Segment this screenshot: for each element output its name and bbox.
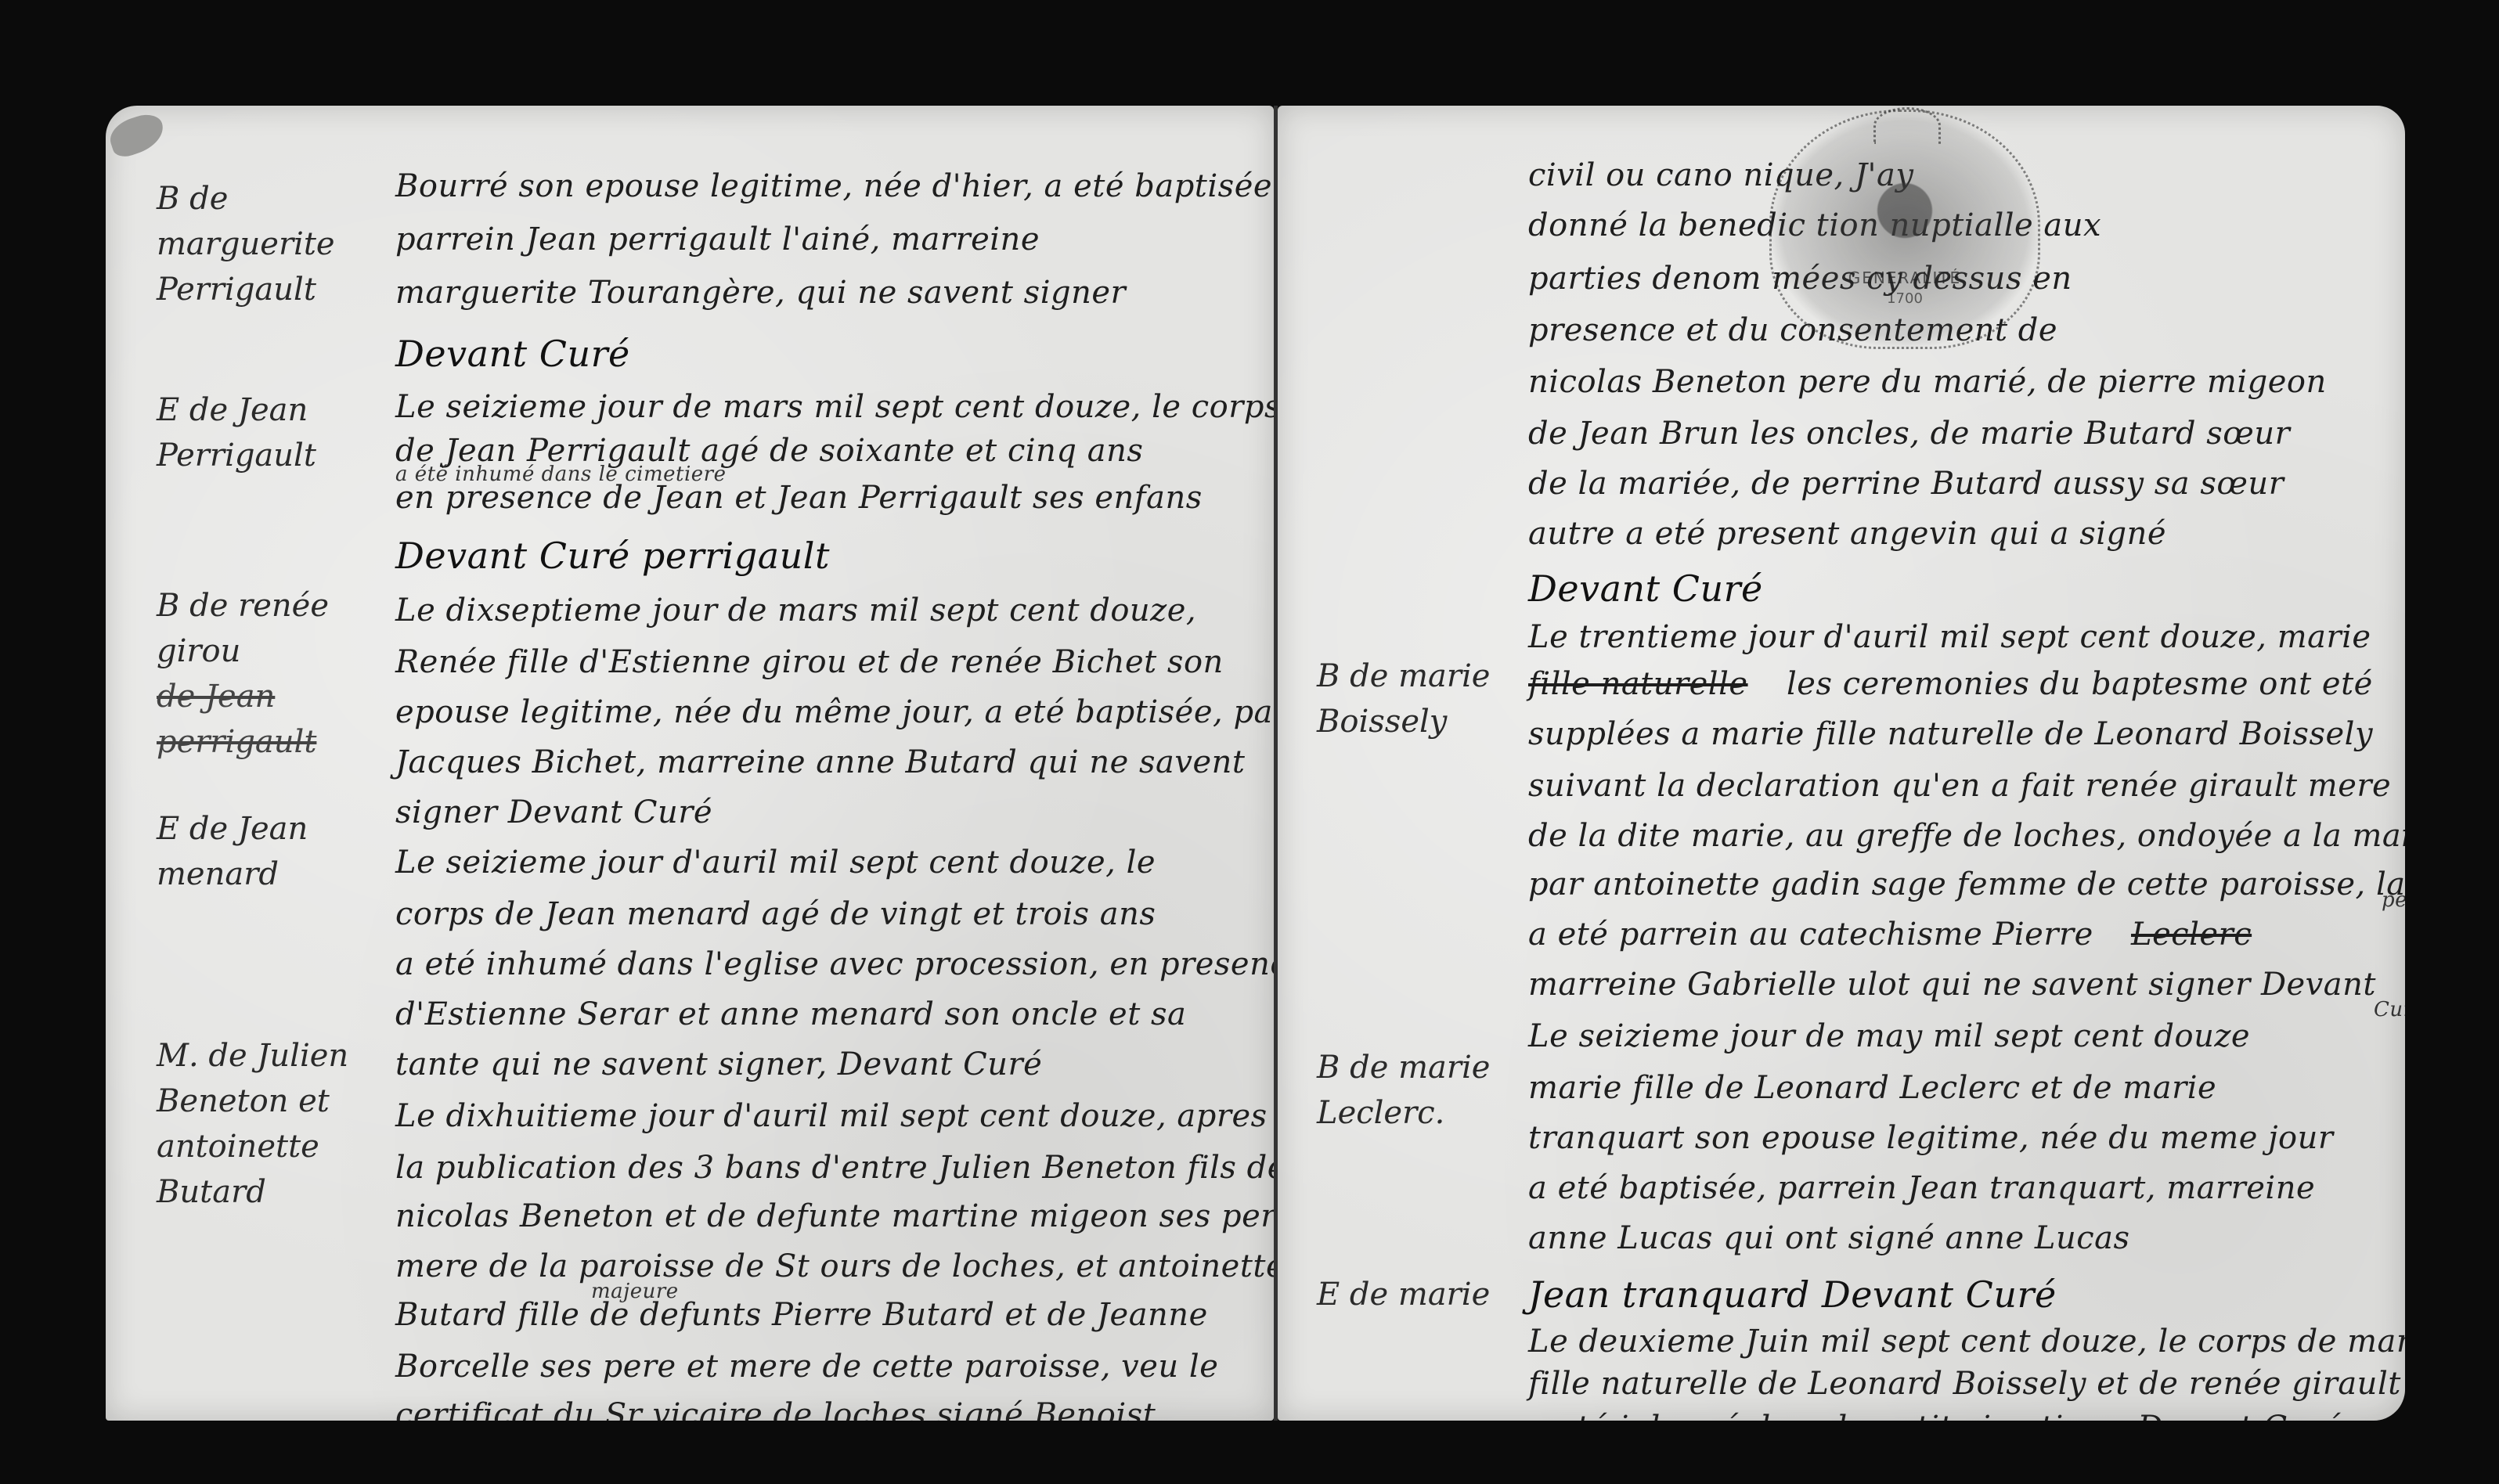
text-line: Butard fille de defunts Pierre Butard et… [395, 1297, 1208, 1333]
text-line: marreine Gabrielle ulot qui ne savent si… [1528, 967, 2376, 1003]
right-margin-notes: B de marie Boissely B de marie Leclerc. … [1317, 106, 1552, 1421]
royal-seal-stamp-icon: GENERALITÉ 1700 [1769, 110, 2040, 349]
text-line: Bourré son epouse legitime, née d'hier, … [395, 168, 1272, 204]
margin-note-struck-text: de Jean perrigault [157, 674, 391, 765]
interlinear-text: perrault [2382, 888, 2405, 912]
crown-icon [1873, 107, 1941, 144]
text-line: mere de la paroisse de St ours de loches… [395, 1248, 1274, 1284]
struck-text: Leclerc [2131, 917, 2252, 953]
text-line: corps de Jean menard agé de vingt et tro… [395, 896, 1156, 932]
text-line: marguerite Tourangère, qui ne savent sig… [395, 275, 1126, 311]
text-line: signer Devant Curé [395, 794, 712, 830]
text-line: Le seizieme jour de may mil sept cent do… [1528, 1018, 2250, 1054]
text-line: par antoinette gadin sage femme de cette… [1528, 866, 2405, 902]
text-line: nicolas Beneton pere du marié, de pierre… [1528, 364, 2327, 400]
margin-note-baptism-marie-boissely: B de marie Boissely [1317, 654, 1552, 744]
signature-line: Devant Curé [1528, 567, 1763, 610]
text-line: epouse legitime, née du même jour, a eté… [395, 694, 1274, 730]
stamp-label: GENERALITÉ [1772, 268, 2038, 287]
text-line: les ceremonies du baptesme ont eté [1787, 666, 2373, 702]
text-line: Le dixhuitieme jour d'auril mil sept cen… [395, 1098, 1268, 1134]
left-page: B de marguerite Perrigault E de Jean Per… [106, 106, 1274, 1421]
text-line: la publication des 3 bans d'entre Julien… [395, 1150, 1274, 1186]
text-line: Le seizieme jour de mars mil sept cent d… [395, 389, 1274, 425]
signature-line: Devant Curé perrigault [395, 535, 830, 577]
text-line: en presence de Jean et Jean Perrigault s… [395, 480, 1203, 516]
text-line: nicolas Beneton et de defunte martine mi… [395, 1198, 1274, 1234]
text-line: Le seizieme jour d'auril mil sept cent d… [395, 845, 1156, 881]
text-line: marie fille de Leonard Leclerc et de mar… [1528, 1070, 2216, 1106]
text-line: autre a eté present angevin qui a signé [1528, 516, 2166, 552]
text-line: anne Lucas qui ont signé anne Lucas [1528, 1220, 2130, 1256]
text-line: Renée fille d'Estienne girou et de renée… [395, 644, 1224, 680]
stamp-year: 1700 [1772, 290, 2038, 307]
text-line: de Jean Brun les oncles, de marie Butard… [1528, 416, 2290, 452]
text-line: a eté inhumé dans l'eglise avec processi… [395, 946, 1274, 982]
text-line: Le deuxieme Juin mil sept cent douze, le… [1528, 1324, 2405, 1360]
signature-line: Jean tranquard Devant Curé [1528, 1273, 2057, 1316]
margin-note-baptism-renee-girou: B de renée girou [157, 583, 391, 674]
text-line: suivant la declaration qu'en a fait rené… [1528, 768, 2391, 804]
text-line: de la dite marie, au greffe de loches, o… [1528, 818, 2405, 854]
text-line: Le dixseptieme jour de mars mil sept cen… [395, 593, 1196, 629]
text-line: parrein Jean perrigault l'ainé, marreine [395, 222, 1040, 258]
left-margin-notes: B de marguerite Perrigault E de Jean Per… [157, 106, 391, 1421]
margin-note-burial-marie: E de marie [1317, 1272, 1552, 1317]
struck-text: fille naturelle [1528, 666, 1748, 702]
margin-note-burial-jean-perrigault: E de Jean Perrigault [157, 387, 391, 478]
interlinear-text: Curé [2374, 998, 2405, 1021]
text-line: Jacques Bichet, marreine anne Butard qui… [395, 744, 1246, 780]
margin-note-burial-jean-menard: E de Jean menard [157, 806, 391, 897]
signature-line: Devant Curé [395, 333, 630, 375]
text-line: Le trentieme jour d'auril mil sept cent … [1528, 619, 2371, 655]
text-line: tranquart son epouse legitime, née du me… [1528, 1120, 2334, 1156]
text-line: a eté inhumé dans le petit cimetiere, De… [1528, 1410, 2342, 1421]
margin-note-baptism-marguerite-perrigault: B de marguerite Perrigault [157, 176, 391, 312]
text-line: fille naturelle de Leonard Boissely et d… [1528, 1366, 2401, 1402]
text-line: supplées a marie fille naturelle de Leon… [1528, 716, 2373, 752]
margin-note-baptism-marie-leclerc: B de marie Leclerc. [1317, 1045, 1552, 1136]
text-line: a eté baptisée, parrein Jean tranquart, … [1528, 1170, 2315, 1206]
left-main-text: Bourré son epouse legitime, née d'hier, … [395, 106, 1257, 1421]
text-line: Borcelle ses pere et mere de cette paroi… [395, 1349, 1218, 1385]
text-line: certificat du Sr vicaire de loches signé… [395, 1397, 1156, 1421]
margin-note-marriage-beneton-butard: M. de Julien Beneton et antoinette Butar… [157, 1033, 391, 1215]
text-line: de la mariée, de perrine Butard aussy sa… [1528, 466, 2284, 502]
text-line: tante qui ne savent signer, Devant Curé [395, 1046, 1042, 1082]
text-line: d'Estienne Serar et anne menard son oncl… [395, 996, 1186, 1032]
text-line: a eté parrein au catechisme Pierre [1528, 917, 2093, 953]
